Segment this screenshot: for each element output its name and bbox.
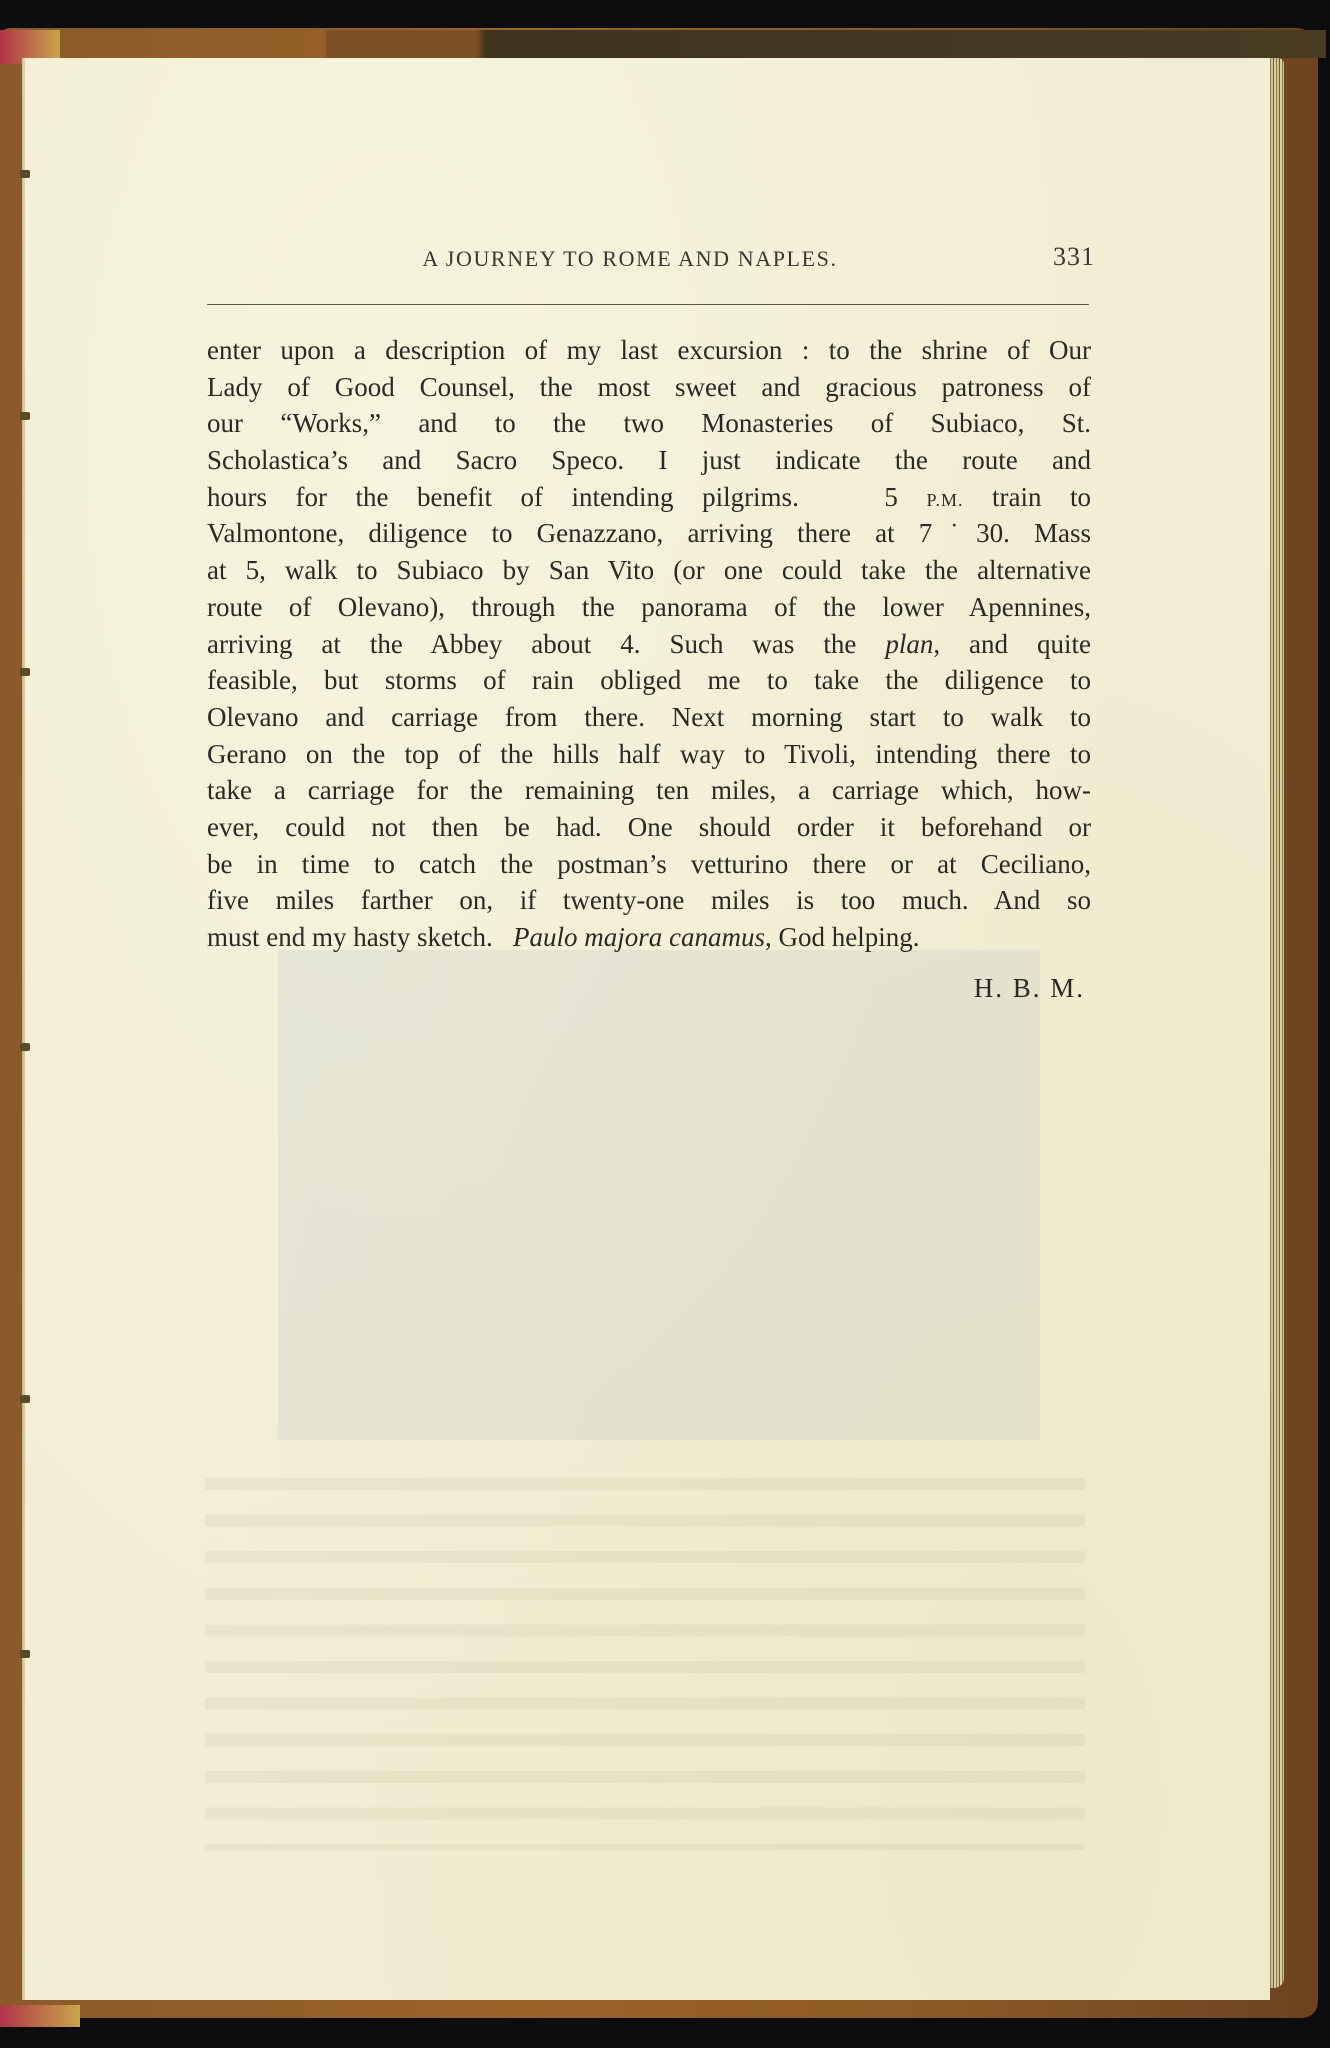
body-text: enter upon a description of my last excu… [207,332,1091,956]
text-line: Olevano and carriage from there. Next mo… [207,699,1091,736]
text-segment: , God helping. [765,922,920,952]
text-segment: must end my hasty sketch. [207,922,493,952]
time-suffix: P.M. [926,490,963,510]
running-title: A JOURNEY TO ROME AND NAPLES. [205,246,1095,272]
text-line: Lady of Good Counsel, the most sweet and… [207,369,1091,406]
binding-stitch [20,1650,30,1658]
page-gutter [22,58,25,2000]
binding-stitch [20,1043,30,1051]
text-line: arriving at the Abbey about 4. Such was … [207,626,1091,663]
text-line: must end my hasty sketch. Paulo majora c… [207,919,1091,956]
time-value: 5 [884,482,898,512]
binding-stitch [20,668,30,676]
show-through-plate [278,950,1040,1440]
text-line: feasible, but storms of rain obliged me … [207,662,1091,699]
text-line: Valmontone, diligence to Genazzano, arri… [207,515,1091,552]
text-line: five miles farther on, if twenty-one mil… [207,882,1091,919]
text-line: at 5, walk to Subiaco by San Vito (or on… [207,552,1091,589]
italic-word: plan [885,629,933,659]
header-rule [207,304,1089,305]
text-segment: train to [992,482,1091,512]
text-line: ever, could not then be had. One should … [207,809,1091,846]
latin-phrase: Paulo majora canamus [513,922,765,952]
text-segment: arriving at the Abbey about 4. Such was … [207,629,856,659]
text-line: our “Works,” and to the two Monasteries … [207,405,1091,442]
text-line: Scholastica’s and Sacro Speco. I just in… [207,442,1091,479]
binding-stitch [20,412,30,420]
text-line: enter upon a description of my last excu… [207,332,1091,369]
text-line: take a carriage for the remaining ten mi… [207,772,1091,809]
running-head: A JOURNEY TO ROME AND NAPLES. 331 [205,240,1095,280]
text-line: Gerano on the top of the hills half way … [207,736,1091,773]
text-segment: , and quite [933,629,1091,659]
author-signature: H. B. M. [900,973,1085,1004]
text-line: hours for the benefit of intending pilgr… [207,479,1091,516]
binding-stitch [20,1395,30,1403]
text-segment: hours for the benefit of intending pilgr… [207,482,799,512]
page-number: 331 [1053,242,1095,272]
binding-stitch [20,170,30,178]
headband-bottom [0,2005,80,2027]
cover-top-edge [326,30,1326,58]
text-line: be in time to catch the postman’s vettur… [207,846,1091,883]
text-line: route of Olevano), through the panorama … [207,589,1091,626]
show-through-text [205,1460,1085,1850]
